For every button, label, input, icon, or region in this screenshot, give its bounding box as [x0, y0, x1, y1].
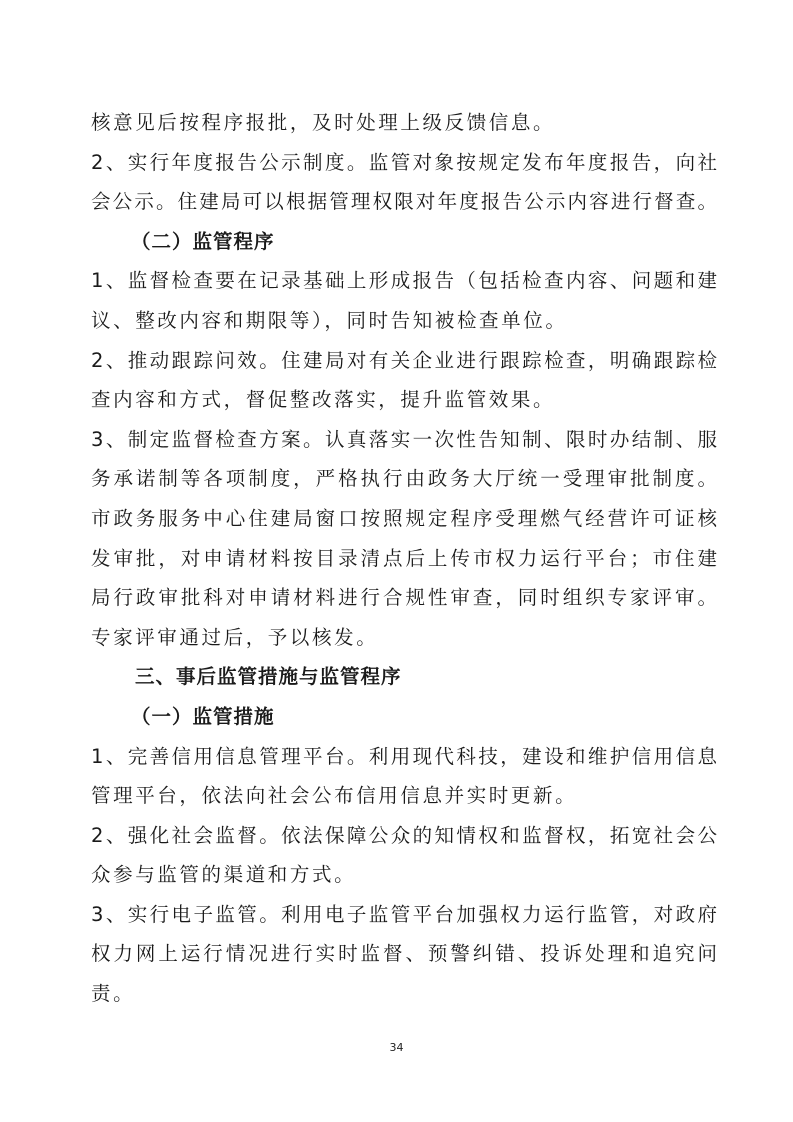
- paragraph-line: 2、强化社会监督。依法保障公众的知情权和监督权，拓宽社会公: [91, 816, 717, 856]
- paragraph-line: 查内容和方式，督促整改落实，提升监管效果。: [91, 380, 717, 420]
- section-heading-post-supervision: 三、事后监管措施与监管程序: [91, 657, 717, 697]
- subheading-supervision-measures: （一）监管措施: [91, 697, 717, 737]
- page-number: 34: [0, 1041, 793, 1054]
- page-content: 核意见后按程序报批，及时处理上级反馈信息。 2、实行年度报告公示制度。监管对象按…: [91, 103, 717, 1014]
- paragraph-line: 3、制定监督检查方案。认真落实一次性告知制、限时办结制、服: [91, 420, 717, 460]
- paragraph-line: 3、实行电子监管。利用电子监管平台加强权力运行监管，对政府: [91, 895, 717, 935]
- paragraph-line: 专家评审通过后，予以核发。: [91, 618, 717, 658]
- paragraph-line: 责。: [91, 974, 717, 1014]
- document-page: 核意见后按程序报批，及时处理上级反馈信息。 2、实行年度报告公示制度。监管对象按…: [0, 0, 793, 1122]
- paragraph-line: 局行政审批科对申请材料进行合规性审查，同时组织专家评审。: [91, 578, 717, 618]
- paragraph-line: 核意见后按程序报批，及时处理上级反馈信息。: [91, 103, 717, 143]
- paragraph-line: 市政务服务中心住建局窗口按照规定程序受理燃气经营许可证核: [91, 499, 717, 539]
- paragraph-line: 2、实行年度报告公示制度。监管对象按规定发布年度报告，向社: [91, 143, 717, 183]
- paragraph-line: 权力网上运行情况进行实时监督、预警纠错、投诉处理和追究问: [91, 934, 717, 974]
- paragraph-line: 务承诺制等各项制度，严格执行由政务大厅统一受理审批制度。: [91, 459, 717, 499]
- paragraph-line: 议、整改内容和期限等），同时告知被检查单位。: [91, 301, 717, 341]
- paragraph-line: 众参与监管的渠道和方式。: [91, 855, 717, 895]
- paragraph-line: 发审批，对申请材料按目录清点后上传市权力运行平台；市住建: [91, 539, 717, 579]
- subheading-supervision-procedure: （二）监管程序: [91, 222, 717, 262]
- paragraph-line: 1、监督检查要在记录基础上形成报告（包括检查内容、问题和建: [91, 261, 717, 301]
- paragraph-line: 1、完善信用信息管理平台。利用现代科技，建设和维护信用信息: [91, 737, 717, 777]
- paragraph-line: 2、推动跟踪问效。住建局对有关企业进行跟踪检查，明确跟踪检: [91, 341, 717, 381]
- paragraph-line: 会公示。住建局可以根据管理权限对年度报告公示内容进行督查。: [91, 182, 717, 222]
- paragraph-line: 管理平台，依法向社会公布信用信息并实时更新。: [91, 776, 717, 816]
